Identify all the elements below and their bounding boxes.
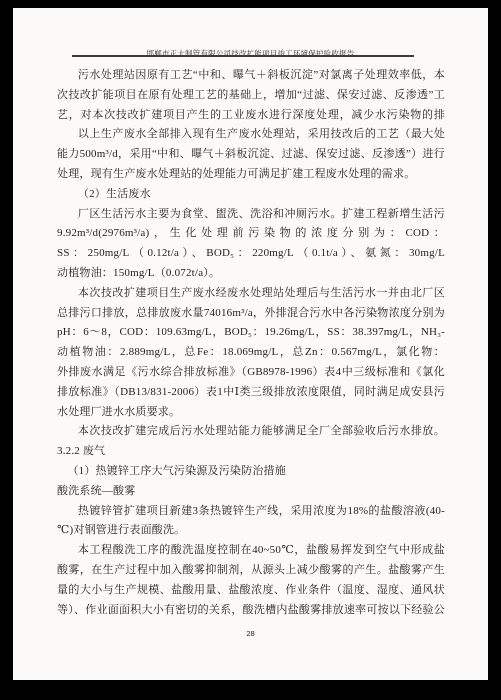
text-line: 水处理厂进水水质要求。 xyxy=(57,403,445,423)
text-line: 总排污口排放，总排放废水量74016m³/a，外排混合污水中各污染物浓度分别为 xyxy=(57,304,445,324)
text-line: ℃)对钢管进行表面酸洗。 xyxy=(57,521,445,541)
body-text: 污水处理站因原有工艺“中和、曝气＋斜板沉淀”对氯离子处理效率低，本 次技改扩能项… xyxy=(57,66,445,620)
text-line: SS：250mg/L（0.12t/a）、BOD₅：220mg/L（0.1t/a）… xyxy=(57,244,445,264)
text-line: 热镀锌管扩建项目新建3条热镀锌生产线，采用浓度为18%的盐酸溶液(40-50 xyxy=(57,502,445,522)
text-line: pH：6～8，COD：109.63mg/L，BOD₅：19.26mg/L，SS：… xyxy=(57,323,445,343)
text-line: 本次技改扩建完成后污水处理站能力能够满足全厂全部验收后污水排放。 xyxy=(57,422,445,442)
document-page: 邯郸市正大制管有限公司技改扩能项目竣工环境保护验收报告 污水处理站因原有工艺“中… xyxy=(13,8,488,680)
text-line: 等）、作业面面积大小有密切的关系，酸洗槽内盐酸雾排放速率可按以下经验公 xyxy=(57,601,445,621)
text-line: 酸雾，在生产过程中加入酸雾抑制剂，从源头上减少酸雾的产生。盐酸雾产生 xyxy=(57,561,445,581)
scan-background: 邯郸市正大制管有限公司技改扩能项目竣工环境保护验收报告 污水处理站因原有工艺“中… xyxy=(0,0,501,700)
text-line: 动植物油：2.889mg/L，总Fe：18.069mg/L，总Zn：0.567m… xyxy=(57,343,445,363)
text-line: 厂区生活污水主要为食堂、盥洗、洗浴和冲厕污水。扩建工程新增生活污水 xyxy=(57,205,445,225)
text-line: 动植物油：150mg/L（0.072t/a）。 xyxy=(57,264,445,284)
running-header: 邯郸市正大制管有限公司技改扩能项目竣工环境保护验收报告 xyxy=(13,48,488,59)
text-line: 排放标准》（DB13/831-2006）表1中Ⅰ类三级排放浓度限值，同时满足成安… xyxy=(57,383,445,403)
text-line: 次技改扩能项目在原有处理工艺的基础上，增加“过滤、保安过滤、反渗透”工 xyxy=(57,86,445,106)
section-heading: 3.2.2 废气 xyxy=(57,442,445,462)
header-rule xyxy=(72,55,414,57)
section-heading: （1）热镀锌工序大气污染源及污染防治措施 xyxy=(57,462,445,482)
text-line: 艺，对本次技改扩建项目产生的工业废水进行深度处理，减少水污染物的排放。 xyxy=(57,106,445,126)
section-heading: 酸洗系统—酸雾 xyxy=(57,482,445,502)
text-line: 本工程酸洗工序的酸洗温度控制在40~50℃，盐酸易挥发到空气中形成盐 xyxy=(57,541,445,561)
text-line: 本次技改扩建项目生产废水经废水处理站处理后与生活污水一并由北厂区 xyxy=(57,284,445,304)
text-line: 以上生产废水全部排入现有生产废水处理站，采用技改后的工艺（最大处理 xyxy=(57,125,445,145)
text-line: 量的大小与生产规模、盐酸用量、盐酸浓度、作业条件（温度、湿度、通风状况 xyxy=(57,581,445,601)
text-line: 处理，现有生产废水处理站的处理能力可满足扩建工程废水处理的需求。 xyxy=(57,165,445,185)
text-line: 污水处理站因原有工艺“中和、曝气＋斜板沉淀”对氯离子处理效率低，本 xyxy=(57,66,445,86)
text-line: 9.92m³/d(2976m³/a)，生化处理前污染物的浓度分别为：COD：35… xyxy=(57,224,445,244)
page-number: 28 xyxy=(13,629,488,638)
text-line: 能力500m³/d，采用“中和、曝气＋斜板沉淀、过滤、保安过滤、反渗透”）进行 xyxy=(57,145,445,165)
text-line: 外排废水满足《污水综合排放标准》（GB8978-1996）表4中三级标准和《氯化… xyxy=(57,363,445,383)
section-heading: （2）生活废水 xyxy=(57,185,445,205)
